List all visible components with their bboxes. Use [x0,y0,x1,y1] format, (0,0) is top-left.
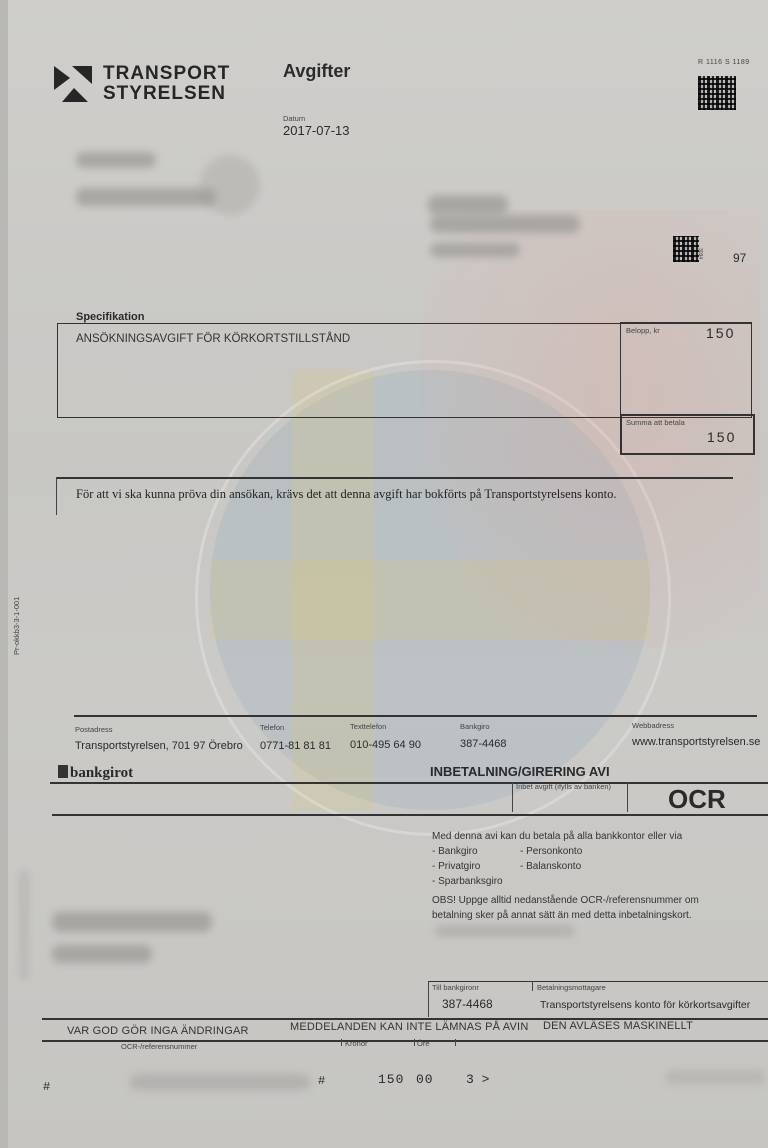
total-label: Summa att betala [626,418,685,427]
ore-tick [414,1039,415,1046]
bankgirot-icon [58,765,68,778]
side-form-code: Pr-okkb3-3-1-001 [12,597,21,655]
bankgiro-label: Bankgiro [460,722,490,731]
recipient-divider [532,981,533,991]
footer-rule [74,715,757,717]
specification-item: ANSÖKNINGSAVGIFT FÖR KÖRKORTSTILLSTÅND [76,333,350,345]
logo-text: TRANSPORT STYRELSEN [103,64,230,104]
redacted-name [76,152,156,168]
recipient-label: Betalningsmottagare [537,983,606,992]
ocr-hash-start: # [43,1080,50,1094]
bankgirot-logo: bankgirot [58,765,133,782]
ore-value: 00 [416,1072,434,1087]
specification-heading: Specifikation [76,311,144,323]
warning-no-messages: MEDDELANDEN KAN INTE LÄMNAS PÅ AVIN [290,1021,528,1033]
redacted-recipient-name [428,195,508,215]
notice-rule [56,477,733,479]
fee-divider-left [512,782,513,812]
texttelefon-value: 010-495 64 90 [350,739,421,751]
redacted-recipient-address [430,215,580,233]
redacted-payer-address [52,945,152,963]
page-code: 97 [733,251,746,265]
fee-label: Inbet avgift (ifylls av banken) [516,782,611,791]
redacted-corner [665,1070,765,1084]
fee-divider-right [627,782,628,812]
datamatrix-code-small [673,236,699,262]
paper-edge [0,0,8,1148]
ocr-hash-end: # [318,1074,325,1088]
recipient-top-rule [428,981,768,982]
texttelefon-label: Texttelefon [350,722,386,731]
slip-rule-2 [52,814,768,816]
total-value: 150 [707,429,736,445]
payment-instructions: Med denna avi kan du betala på alla bank… [432,829,699,923]
bankgiro-value: 387-4468 [460,738,507,750]
check-digit: 3 > [466,1072,489,1087]
to-bankgiro-label: Till bankgironr [432,983,479,992]
redacted-margin [20,870,28,980]
date-label: Datum [283,114,305,123]
date-value: 2017-07-13 [283,123,350,138]
webbadress-label: Webbadress [632,721,674,730]
slip-title: INBETALNING/GIRERING AVI [430,764,610,779]
to-bankgiro-value: 387-4468 [442,997,493,1011]
notice-text: För att vi ska kunna pröva din ansökan, … [76,487,617,502]
kronor-tick [341,1039,342,1046]
webbadress-link[interactable]: www.transportstyrelsen.se [632,736,760,748]
kronor-value: 150 [378,1072,404,1087]
amount-value: 150 [706,325,735,341]
telefon-label: Telefon [260,723,284,732]
kronor-label: Kronor [345,1039,368,1048]
redacted-blur [200,155,260,215]
ocr-label: OCR [668,784,726,815]
telefon-value: 0771-81 81 81 [260,740,331,752]
notice-rule-vertical [56,477,57,515]
postadress-value: Transportstyrelsen, 701 97 Örebro [75,740,243,752]
warning-machine-read: DEN AVLÄSES MASKINELLT [543,1020,693,1032]
warning-no-changes: VAR GOD GÖR INGA ÄNDRINGAR [67,1025,249,1037]
reference-codes: R 1116 S 1189 [698,59,750,66]
redacted-reference [435,925,575,937]
page-title: Avgifter [283,61,350,82]
ore-label: Öre [417,1039,430,1048]
redacted-payer-name [52,912,212,932]
redacted-recipient-city [430,243,520,257]
redacted-address [76,188,216,206]
amount-label: Belopp, kr [626,326,660,335]
barcode-caption: 3094 [697,248,703,259]
check-tick [455,1039,456,1046]
datamatrix-code-top [698,76,736,110]
transportstyrelsen-logo-icon [54,66,94,102]
recipient-value: Transportstyrelsens konto för körkortsav… [540,999,750,1011]
ocr-reference-label: OCR-/referensnummer [121,1042,197,1051]
recipient-left-rule [428,981,429,1017]
postadress-label: Postadress [75,725,113,734]
redacted-ocr-number [130,1074,310,1090]
slip-top-rule [50,782,768,784]
